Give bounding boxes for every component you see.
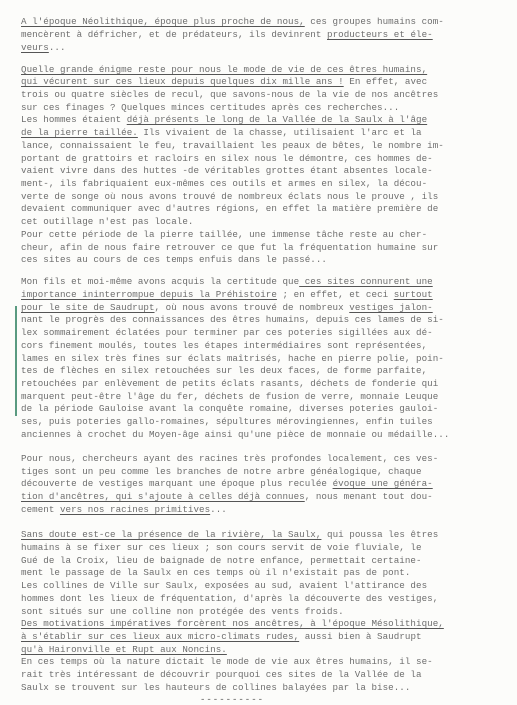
text-run: verte de songe où nous avons trouvé de n… xyxy=(21,191,438,202)
text-run: trois ou quatre siècles de recul, que sa… xyxy=(21,89,438,100)
underlined-phrase: qu'à Haironville et Rupt aux Noncins. xyxy=(21,644,227,655)
text-run: ces sites au cours de ces temps enfuis d… xyxy=(21,254,327,265)
text-line: cors finement moulés, toutes les étapes … xyxy=(21,340,427,351)
text-run: lames en silex très fines sur éclats maî… xyxy=(21,353,444,364)
text-line: anciennes à crochet du Moyen-âge ainsi q… xyxy=(21,429,449,440)
text-line: ment le passage de la Saulx en ces temps… xyxy=(21,567,410,578)
text-line: portant de grattoirs et racloirs en sile… xyxy=(21,153,433,164)
text-line: retouchées par enlèvement de petits écla… xyxy=(21,378,438,389)
underlined-phrase: de la pierre taillée. xyxy=(21,127,138,138)
text-line: devaient communiquer avec d'autres régio… xyxy=(21,203,438,214)
text-run: hommes dont les lieux de fréquentation, … xyxy=(21,593,438,604)
margin-highlight-bar xyxy=(15,306,17,416)
text-line: Pour nous, chercheurs ayant des racines … xyxy=(21,453,438,464)
text-line: sur ces finages ? Quelques minces certit… xyxy=(21,102,399,113)
underlined-phrase: Des motivations impératives forcèrent no… xyxy=(21,618,444,629)
text-line: pour le site de Saudrupt, où nous avons … xyxy=(21,302,433,313)
underlined-phrase: Quelle grande énigme reste pour nous le … xyxy=(21,64,427,75)
text-run: anciennes à crochet du Moyen-âge ainsi q… xyxy=(21,429,449,440)
text-line: qu'à Haironville et Rupt aux Noncins. xyxy=(21,644,227,655)
text-run: rait très intéressant de découvrir pourq… xyxy=(21,669,422,680)
text-run: sont situés sur une colline non protégée… xyxy=(21,606,344,617)
text-run: En effet, avec xyxy=(344,76,427,87)
text-run: qui poussa les êtres xyxy=(321,529,438,540)
text-line: A l'époque Néolithique, époque plus proc… xyxy=(21,16,444,27)
text-line: de la période Gauloise avant la conquête… xyxy=(21,403,438,414)
text-run: ment le passage de la Saulx en ces temps… xyxy=(21,567,410,578)
text-run: devaient communiquer avec d'autres régio… xyxy=(21,203,438,214)
underlined-phrase: veurs xyxy=(21,42,49,53)
text-line: marquent peut-être l'âge du fer, déchets… xyxy=(21,391,438,402)
text-run: cet outillage n'est pas locale. xyxy=(21,216,193,227)
text-line: mencèrent à défricher, et de prédateurs,… xyxy=(21,29,433,40)
text-line: de la pierre taillée. Ils vivaient de la… xyxy=(21,127,422,138)
text-line: veurs... xyxy=(21,42,66,53)
text-run: retouchées par enlèvement de petits écla… xyxy=(21,378,438,389)
text-run: vaient vivre dans des huttes -de véritab… xyxy=(21,165,433,176)
text-run: Pour cette période de la pierre taillée,… xyxy=(21,229,427,240)
text-line: Pour cette période de la pierre taillée,… xyxy=(21,229,427,240)
text-run: ment-, ils fabriquaient eux-mêmes ces ou… xyxy=(21,178,427,189)
text-run: ; en effet, et ceci xyxy=(277,289,394,300)
text-run: humains à se fixer sur ces lieux ; son c… xyxy=(21,542,422,553)
text-line: à s'établir sur ces lieux aux micro-clim… xyxy=(21,631,422,642)
text-line: verte de songe où nous avons trouvé de n… xyxy=(21,191,438,202)
text-run: nant le progrès des connaissances des êt… xyxy=(21,314,444,325)
underlined-phrase: surtout xyxy=(394,289,433,300)
text-line: découverte de vestiges marquant une époq… xyxy=(21,478,433,489)
text-line: vaient vivre dans des huttes -de véritab… xyxy=(21,165,433,176)
underlined-phrase: Sans doute est-ce la présence de la rivi… xyxy=(21,529,321,540)
text-run: cheur, afin de nous faire retrouver ce q… xyxy=(21,242,438,253)
text-line: nant le progrès des connaissances des êt… xyxy=(21,314,444,325)
text-line: lames en silex très fines sur éclats maî… xyxy=(21,353,444,364)
text-line: tion d'ancêtres, qui s'ajoute à celles d… xyxy=(21,491,433,502)
underlined-phrase: A l'époque Néolithique, époque plus proc… xyxy=(21,16,305,27)
text-run: , nous menant tout dou- xyxy=(305,491,433,502)
text-run: aussi bien à Saudrupt xyxy=(299,631,421,642)
text-run: cement xyxy=(21,504,60,515)
text-line: qui vécurent sur ces lieux depuis quelqu… xyxy=(21,76,427,87)
text-line: Des motivations impératives forcèrent no… xyxy=(21,618,444,629)
underlined-phrase: vestiges jalon- xyxy=(349,302,432,313)
text-run: lance, connaissaient le feu, travaillaie… xyxy=(21,140,444,151)
text-line: hommes dont les lieux de fréquentation, … xyxy=(21,593,438,604)
underlined-phrase: importance ininterrompue depuis la Préhi… xyxy=(21,289,277,300)
underlined-phrase: évoque une généra- xyxy=(333,478,433,489)
text-run: Saulx se trouvent sur les hauteurs de co… xyxy=(21,682,410,693)
text-run: mencèrent à défricher, et de prédateurs,… xyxy=(21,29,327,40)
text-line: ses, puis poteries gallo-romaines, sépul… xyxy=(21,416,433,427)
text-run: Les collines de Ville sur Saulx, exposée… xyxy=(21,580,427,591)
text-line: Saulx se trouvent sur les hauteurs de co… xyxy=(21,682,410,693)
text-line: importance ininterrompue depuis la Préhi… xyxy=(21,289,433,300)
typewritten-page: A l'époque Néolithique, époque plus proc… xyxy=(0,0,517,705)
text-run: marquent peut-être l'âge du fer, déchets… xyxy=(21,391,438,402)
text-run: cors finement moulés, toutes les étapes … xyxy=(21,340,427,351)
text-line: lex sommairement éclatées pour terminer … xyxy=(21,327,433,338)
text-run: En ces temps où la nature dictait le mod… xyxy=(21,656,433,667)
text-line: cheur, afin de nous faire retrouver ce q… xyxy=(21,242,438,253)
underlined-phrase: producteurs et éle- xyxy=(327,29,433,40)
text-line: lance, connaissaient le feu, travaillaie… xyxy=(21,140,444,151)
text-line: ces sites au cours de ces temps enfuis d… xyxy=(21,254,327,265)
text-run: portant de grattoirs et racloirs en sile… xyxy=(21,153,433,164)
text-line: Mon fils et moi-même avons acquis la cer… xyxy=(21,276,433,287)
underlined-phrase: qui vécurent sur ces lieux depuis quelqu… xyxy=(21,76,344,87)
text-run: Pour nous, chercheurs ayant des racines … xyxy=(21,453,438,464)
text-line: Les hommes étaient déjà présents le long… xyxy=(21,114,427,125)
text-line: cement vers nos racines primitives... xyxy=(21,504,227,515)
text-run: Mon fils et moi-même avons acquis la cer… xyxy=(21,276,299,287)
text-run: ... xyxy=(210,504,227,515)
text-run: ses, puis poteries gallo-romaines, sépul… xyxy=(21,416,433,427)
text-line: ment-, ils fabriquaient eux-mêmes ces ou… xyxy=(21,178,427,189)
underlined-phrase: déjà présents le long de la Vallée de la… xyxy=(127,114,427,125)
underlined-phrase: vers nos racines primitives xyxy=(60,504,210,515)
text-line: rait très intéressant de découvrir pourq… xyxy=(21,669,422,680)
text-run: Gué de la Croix, lieu de baignade de not… xyxy=(21,555,422,566)
text-run: découverte de vestiges marquant une époq… xyxy=(21,478,333,489)
underlined-phrase: tion d'ancêtres, qui s'ajoute à celles d… xyxy=(21,491,305,502)
text-run: ces groupes humains com- xyxy=(305,16,444,27)
text-line: Gué de la Croix, lieu de baignade de not… xyxy=(21,555,422,566)
text-run: tes de flèches en silex retouchées sur l… xyxy=(21,365,427,376)
underlined-phrase: pour le site de Saudrupt xyxy=(21,302,155,313)
text-line: sont situés sur une colline non protégée… xyxy=(21,606,344,617)
text-line: cet outillage n'est pas locale. xyxy=(21,216,193,227)
text-run: , où nous avons trouvé de nombreux xyxy=(155,302,350,313)
text-run: ... xyxy=(49,42,66,53)
text-run: sur ces finages ? Quelques minces certit… xyxy=(21,102,399,113)
underlined-phrase: ces sites connurent une xyxy=(299,276,433,287)
text-run: Les hommes étaient xyxy=(21,114,127,125)
text-run: tiges sont un peu comme les branches de … xyxy=(21,466,422,477)
text-line: trois ou quatre siècles de recul, que sa… xyxy=(21,89,438,100)
closing-dashes: ---------- xyxy=(200,695,264,705)
text-line: Les collines de Ville sur Saulx, exposée… xyxy=(21,580,427,591)
text-line: tiges sont un peu comme les branches de … xyxy=(21,466,422,477)
text-run: lex sommairement éclatées pour terminer … xyxy=(21,327,433,338)
text-line: humains à se fixer sur ces lieux ; son c… xyxy=(21,542,422,553)
text-line: En ces temps où la nature dictait le mod… xyxy=(21,656,433,667)
text-line: Sans doute est-ce la présence de la rivi… xyxy=(21,529,438,540)
text-run: Ils vivaient de la chasse, utilisaient l… xyxy=(138,127,422,138)
text-line: Quelle grande énigme reste pour nous le … xyxy=(21,64,427,75)
underlined-phrase: à s'établir sur ces lieux aux micro-clim… xyxy=(21,631,299,642)
text-line: tes de flèches en silex retouchées sur l… xyxy=(21,365,427,376)
text-run: de la période Gauloise avant la conquête… xyxy=(21,403,438,414)
